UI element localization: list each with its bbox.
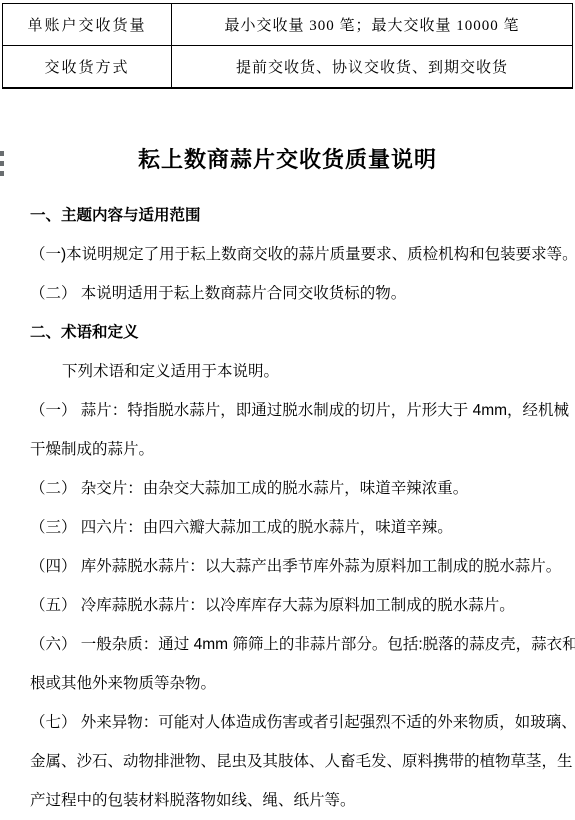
document-body: 一、主题内容与适用范围 （一)本说明规定了用于耘上数商交收的蒜片质量要求、质检机… [30, 196, 553, 820]
table-cell-value: 提前交收货、协议交收货、到期交收货 [172, 46, 572, 87]
table-row: 单账户交收货量 最小交收量 300 笔；最大交收量 10000 笔 [3, 4, 572, 45]
paragraph-line: 干燥制成的蒜片。 [30, 430, 553, 469]
delivery-spec-table: 单账户交收货量 最小交收量 300 笔；最大交收量 10000 笔 交收货方式 … [2, 3, 573, 89]
paragraph-line: （四） 库外蒜脱水蒜片：以大蒜产出季节库外蒜为原料加工制成的脱水蒜片。 [30, 547, 553, 586]
paragraph-line: 金属、沙石、动物排泄物、昆虫及其肢体、人畜毛发、原料携带的植物草茎，生 [30, 742, 553, 781]
paragraph-line: （六） 一般杂质：通过 4mm 筛筛上的非蒜片部分。包括:脱落的蒜皮壳，蒜衣和 [30, 625, 553, 664]
table-cell-value: 最小交收量 300 笔；最大交收量 10000 笔 [172, 4, 572, 45]
section-heading: 一、主题内容与适用范围 [30, 196, 553, 235]
table-cell-label: 单账户交收货量 [3, 4, 172, 45]
page-title: 耘上数商蒜片交收货质量说明 [0, 143, 575, 174]
paragraph-line: （三） 四六片：由四六瓣大蒜加工成的脱水蒜片，味道辛辣。 [30, 508, 553, 547]
paragraph-line: （一） 蒜片：特指脱水蒜片，即通过脱水制成的切片，片形大于 4mm，经机械 [30, 391, 553, 430]
paragraph-line: （一)本说明规定了用于耘上数商交收的蒜片质量要求、质检机构和包装要求等。 [30, 235, 553, 274]
table-cell-label: 交收货方式 [3, 46, 172, 87]
section-heading: 二、术语和定义 [30, 313, 553, 352]
paragraph-line: 下列术语和定义适用于本说明。 [30, 352, 553, 391]
paragraph-line: 根或其他外来物质等杂物。 [30, 664, 553, 703]
paragraph-line: （二） 本说明适用于耘上数商蒜片合同交收货标的物。 [30, 274, 553, 313]
paragraph-line: （七） 外来异物：可能对人体造成伤害或者引起强烈不适的外来物质，如玻璃、 [30, 703, 553, 742]
paragraph-line: （五） 冷库蒜脱水蒜片：以冷库库存大蒜为原料加工制成的脱水蒜片。 [30, 586, 553, 625]
paragraph-line: 产过程中的包装材料脱落物如线、绳、纸片等。 [30, 781, 553, 820]
paragraph-line: （二） 杂交片：由杂交大蒜加工成的脱水蒜片，味道辛辣浓重。 [30, 469, 553, 508]
table-row: 交收货方式 提前交收货、协议交收货、到期交收货 [3, 45, 572, 87]
